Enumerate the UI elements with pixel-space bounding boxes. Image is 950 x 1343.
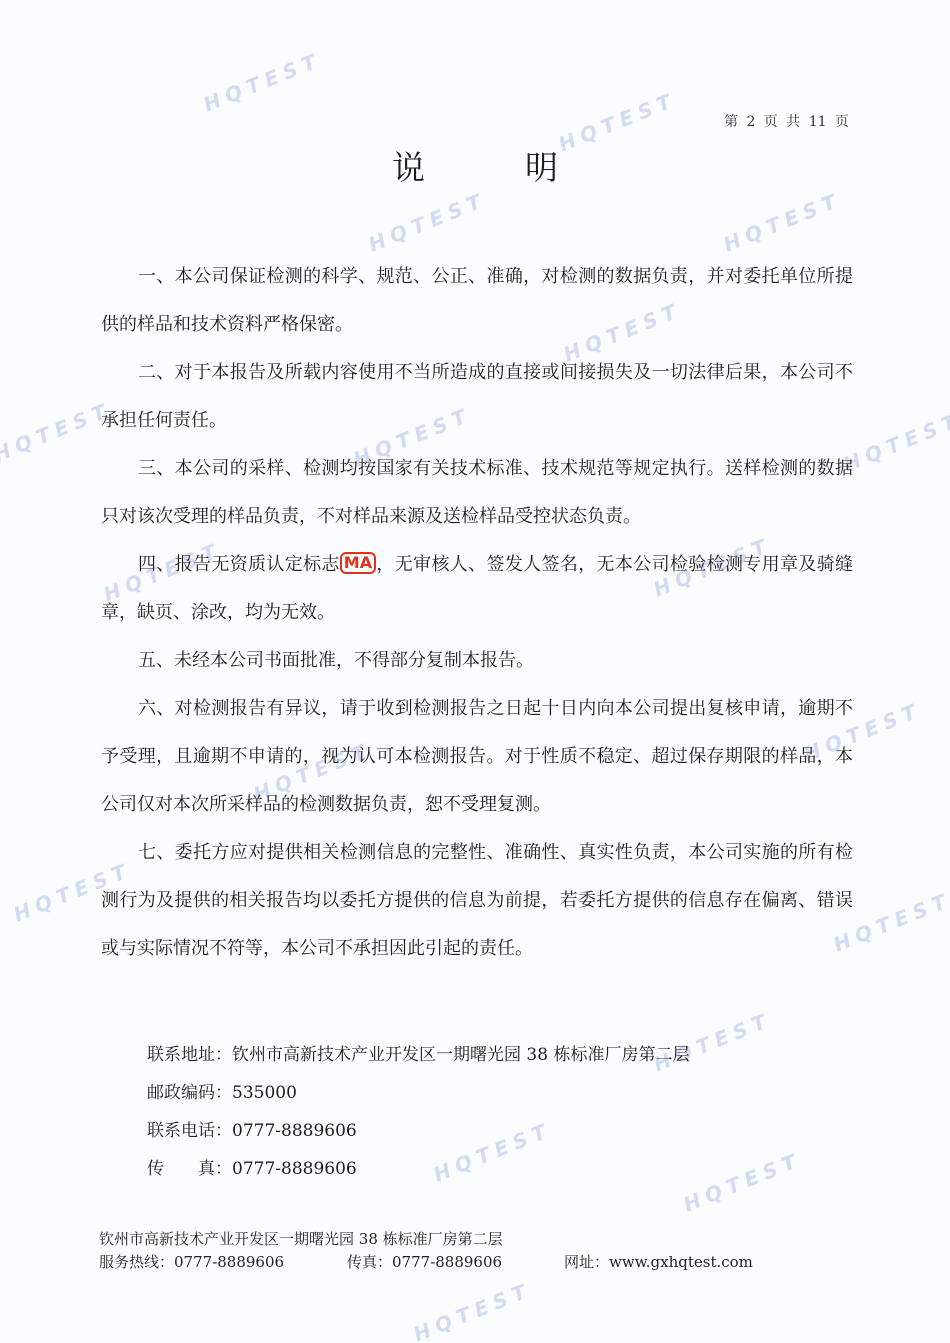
clause-4: 四、报告无资质认定标志MA，无审核人、签发人签名，无本公司检验检测专用章及骑缝章… xyxy=(101,541,853,637)
contact-fax: 传 真：0777-8889606 xyxy=(147,1150,689,1188)
watermark: HQTEST xyxy=(200,47,325,116)
contact-info: 联系地址：钦州市高新技术产业开发区一期曙光园 38 栋标准厂房第二层 邮政编码：… xyxy=(147,1036,689,1188)
watermark: HQTEST xyxy=(680,1147,805,1216)
contact-address: 联系地址：钦州市高新技术产业开发区一期曙光园 38 栋标准厂房第二层 xyxy=(147,1036,689,1074)
postcode-label: 邮政编码： xyxy=(147,1083,232,1103)
page-footer: 钦州市高新技术产业开发区一期曙光园 38 栋标准厂房第二层 服务热线：0777-… xyxy=(99,1228,753,1274)
footer-hotline: 服务热线：0777-8889606 xyxy=(99,1251,319,1274)
fax-value: 0777-8889606 xyxy=(392,1251,502,1274)
footer-website: 网址：www.gxhqtest.com xyxy=(564,1251,753,1274)
page-title: 说明 xyxy=(0,142,950,189)
phone-label: 联系电话： xyxy=(147,1121,232,1141)
clause-7: 七、委托方应对提供相关检测信息的完整性、准确性、真实性负责，本公司实施的所有检测… xyxy=(101,829,853,973)
title-char: 说 xyxy=(392,142,425,189)
contact-phone: 联系电话：0777-8889606 xyxy=(147,1112,689,1150)
hotline-label: 服务热线： xyxy=(99,1251,174,1274)
postcode-value: 535000 xyxy=(232,1083,297,1103)
watermark: HQTEST xyxy=(410,1277,535,1343)
clause-4-text: 四、报告无资质认定标志 xyxy=(138,554,340,575)
page-indicator: 第 2 页 共 11 页 xyxy=(724,111,849,131)
title-char: 明 xyxy=(525,142,558,189)
watermark: HQTEST xyxy=(840,407,950,476)
website-link[interactable]: www.gxhqtest.com xyxy=(609,1251,753,1274)
footer-contacts: 服务热线：0777-8889606传真：0777-8889606网址：www.g… xyxy=(99,1251,753,1274)
footer-fax: 传真：0777-8889606 xyxy=(347,1251,564,1274)
footer-address: 钦州市高新技术产业开发区一期曙光园 38 栋标准厂房第二层 xyxy=(99,1228,753,1251)
hotline-value: 0777-8889606 xyxy=(174,1251,284,1274)
clause-1: 一、本公司保证检测的科学、规范、公正、准确，对检测的数据负责，并对委托单位所提供… xyxy=(101,253,853,349)
address-value: 钦州市高新技术产业开发区一期曙光园 38 栋标准厂房第二层 xyxy=(232,1045,689,1065)
watermark: HQTEST xyxy=(0,397,115,466)
statement-body: 一、本公司保证检测的科学、规范、公正、准确，对检测的数据负责，并对委托单位所提供… xyxy=(101,253,853,973)
fax-label: 传 真： xyxy=(147,1159,232,1179)
watermark: HQTEST xyxy=(720,187,845,256)
contact-postcode: 邮政编码：535000 xyxy=(147,1074,689,1112)
clause-6: 六、对检测报告有异议，请于收到检测报告之日起十日内向本公司提出复核申请，逾期不予… xyxy=(101,685,853,829)
address-label: 联系地址： xyxy=(147,1045,232,1065)
watermark: HQTEST xyxy=(365,187,490,256)
cma-mark-icon: MA xyxy=(340,552,376,574)
clause-5: 五、未经本公司书面批准，不得部分复制本报告。 xyxy=(101,637,853,685)
clause-3: 三、本公司的采样、检测均按国家有关技术标准、技术规范等规定执行。送样检测的数据只… xyxy=(101,445,853,541)
fax-value: 0777-8889606 xyxy=(232,1159,357,1179)
website-label: 网址： xyxy=(564,1251,609,1274)
fax-label: 传真： xyxy=(347,1251,392,1274)
clause-2: 二、对于本报告及所载内容使用不当所造成的直接或间接损失及一切法律后果，本公司不承… xyxy=(101,349,853,445)
phone-value: 0777-8889606 xyxy=(232,1121,357,1141)
